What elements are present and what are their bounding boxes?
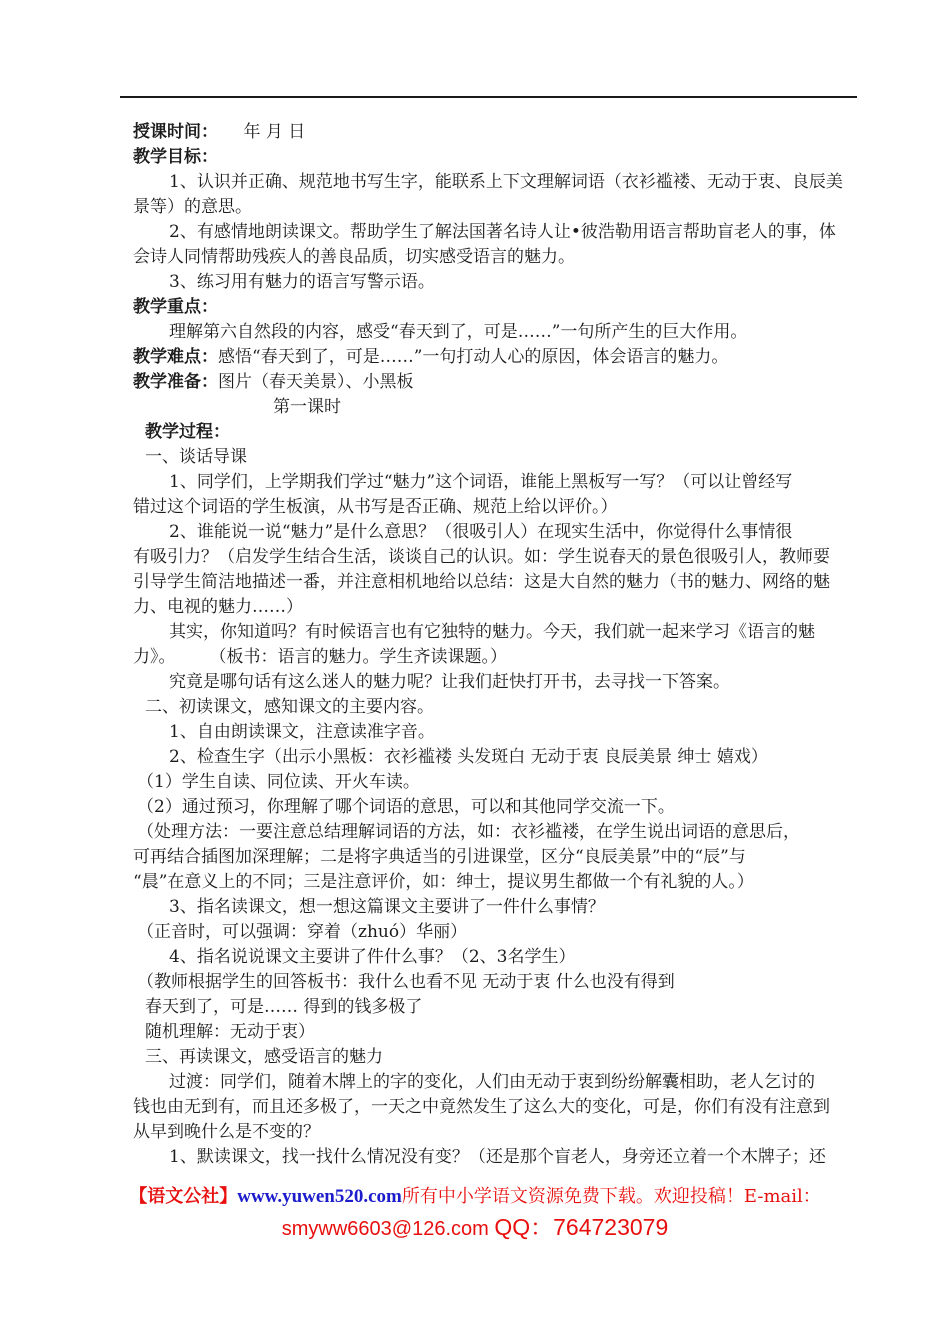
text-line: 1、默读课文，找一找什么情况没有变？（还是那个盲老人，身旁还立着一个木牌子；还 bbox=[133, 1145, 857, 1170]
text-segment: 景等）的意思。 bbox=[133, 197, 252, 217]
text-segment: 错过这个词语的学生板演，从书写是否正确、规范上给以评价。） bbox=[133, 497, 618, 517]
document-body: 授课时间： 年 月 日教学目标：1、认识并正确、规范地书写生字，能联系上下文理解… bbox=[133, 120, 857, 1170]
text-line: 教学目标： bbox=[133, 145, 857, 170]
text-segment: 有吸引力？（启发学生结合生活，谈谈自己的认识。如：学生说春天的景色很吸引人，教师… bbox=[133, 547, 830, 567]
footer-line-1: 【语文公社】www.yuwen520.com所有中小学语文资源免费下载。欢迎投稿… bbox=[0, 1183, 950, 1211]
footer-text-segment: 【语文公社】 bbox=[129, 1186, 237, 1207]
text-segment: 1、认识并正确、规范地书写生字，能联系上下文理解词语（衣衫褴褛、无动于衷、良辰美 bbox=[169, 172, 843, 192]
text-line: 1、认识并正确、规范地书写生字，能联系上下文理解词语（衣衫褴褛、无动于衷、良辰美 bbox=[133, 170, 857, 195]
text-segment: 4、指名说说课文主要讲了件什么事？（2、3名学生） bbox=[169, 947, 575, 967]
text-segment: 三、再读课文，感受语言的魅力 bbox=[145, 1047, 383, 1067]
text-segment: （2）通过预习，你理解了哪个词语的意思，可以和其他同学交流一下。 bbox=[137, 797, 675, 817]
text-line: 3、练习用有魅力的语言写警示语。 bbox=[133, 270, 857, 295]
text-line: 力、电视的魅力……） bbox=[133, 595, 857, 620]
text-line: （1）学生自读、同位读、开火车读。 bbox=[133, 770, 857, 795]
text-segment: 第一课时 bbox=[273, 397, 341, 417]
text-segment: 教学过程： bbox=[145, 422, 230, 442]
text-segment: “晨”在意义上的不同；三是注意评价，如：绅士，提议男生都做一个有礼貌的人。） bbox=[133, 872, 754, 892]
text-line: 理解第六自然段的内容，感受“春天到了，可是……”一句所产生的巨大作用。 bbox=[133, 320, 857, 345]
text-line: 教学过程： bbox=[133, 420, 857, 445]
text-segment: 年 月 日 bbox=[210, 122, 306, 142]
text-line: 一、谈话导课 bbox=[133, 445, 857, 470]
text-segment: 2、检查生字（出示小黑板：衣衫褴褛 头发斑白 无动于衷 良辰美景 绅士 嬉戏） bbox=[169, 747, 768, 767]
text-line: 教学准备：图片（春天美景）、小黑板 bbox=[133, 370, 857, 395]
text-line: 过渡：同学们，随着木牌上的字的变化，人们由无动于衷到纷纷解囊相助，老人乞讨的 bbox=[133, 1070, 857, 1095]
text-segment: 理解第六自然段的内容，感受“春天到了，可是……”一句所产生的巨大作用。 bbox=[169, 322, 747, 342]
text-segment: 1、默读课文，找一找什么情况没有变？（还是那个盲老人，身旁还立着一个木牌子；还 bbox=[169, 1147, 826, 1167]
text-segment: 授课时间： bbox=[133, 122, 210, 142]
text-segment: 引导学生简洁地描述一番，并注意相机地给以总结：这是大自然的魅力（书的魅力、网络的… bbox=[133, 572, 830, 592]
text-line: “晨”在意义上的不同；三是注意评价，如：绅士，提议男生都做一个有礼貌的人。） bbox=[133, 870, 857, 895]
text-segment: 教学重点： bbox=[133, 297, 218, 317]
text-segment: 2、谁能说一说“魅力”是什么意思？（很吸引人）在现实生活中，你觉得什么事情很 bbox=[169, 522, 792, 542]
text-segment: 力》。 （板书：语言的魅力。学生齐读课题。） bbox=[133, 647, 507, 667]
text-line: （教师根据学生的回答板书：我什么也看不见 无动于衷 什么也没有得到 bbox=[133, 970, 857, 995]
text-line: 2、有感情地朗读课文。帮助学生了解法国著名诗人让•彼浩勒用语言帮助盲老人的事，体 bbox=[133, 220, 857, 245]
text-line: 春天到了，可是…… 得到的钱多极了 bbox=[133, 995, 857, 1020]
text-line: 错过这个词语的学生板演，从书写是否正确、规范上给以评价。） bbox=[133, 495, 857, 520]
text-segment: 教学准备： bbox=[133, 372, 218, 392]
text-line: 教学难点：感悟“春天到了，可是……”一句打动人心的原因，体会语言的魅力。 bbox=[133, 345, 857, 370]
text-line: 有吸引力？（启发学生结合生活，谈谈自己的认识。如：学生说春天的景色很吸引人，教师… bbox=[133, 545, 857, 570]
text-segment: （处理方法：一要注意总结理解词语的方法，如：衣衫褴褛，在学生说出词语的意思后， bbox=[137, 822, 800, 842]
text-segment: 其实，你知道吗？有时候语言也有它独特的魅力。今天，我们就一起来学习《语言的魅 bbox=[169, 622, 815, 642]
text-segment: （1）学生自读、同位读、开火车读。 bbox=[137, 772, 420, 792]
footer: 【语文公社】www.yuwen520.com所有中小学语文资源免费下载。欢迎投稿… bbox=[0, 1183, 950, 1245]
text-segment: 图片（春天美景）、小黑板 bbox=[218, 372, 414, 392]
text-segment: 一、谈话导课 bbox=[145, 447, 247, 467]
text-line: 4、指名说说课文主要讲了件什么事？（2、3名学生） bbox=[133, 945, 857, 970]
text-segment: 过渡：同学们，随着木牌上的字的变化，人们由无动于衷到纷纷解囊相助，老人乞讨的 bbox=[169, 1072, 815, 1092]
text-line: 力》。 （板书：语言的魅力。学生齐读课题。） bbox=[133, 645, 857, 670]
text-segment: （正音时，可以强调：穿着（zhuó）华丽） bbox=[137, 922, 467, 942]
footer-line-2: smyww6603@126.com QQ：764723079 bbox=[0, 1211, 950, 1245]
text-segment: 3、练习用有魅力的语言写警示语。 bbox=[169, 272, 435, 292]
text-segment: 春天到了，可是…… 得到的钱多极了 bbox=[145, 997, 422, 1017]
text-line: 1、同学们，上学期我们学过“魅力”这个词语，谁能上黑板写一写？（可以让曾经写 bbox=[133, 470, 857, 495]
text-segment: （教师根据学生的回答板书：我什么也看不见 无动于衷 什么也没有得到 bbox=[137, 972, 675, 992]
text-line: 二、初读课文，感知课文的主要内容。 bbox=[133, 695, 857, 720]
text-segment: 随机理解：无动于衷） bbox=[145, 1022, 315, 1042]
text-segment: 教学目标： bbox=[133, 147, 218, 167]
text-line: （2）通过预习，你理解了哪个词语的意思，可以和其他同学交流一下。 bbox=[133, 795, 857, 820]
text-segment: 究竟是哪句话有这么迷人的魅力呢？让我们赶快打开书，去寻找一下答案。 bbox=[169, 672, 730, 692]
text-segment: 1、同学们，上学期我们学过“魅力”这个词语，谁能上黑板写一写？（可以让曾经写 bbox=[169, 472, 792, 492]
footer-text-segment: smyww6603@126.com bbox=[282, 1218, 495, 1240]
text-segment: 2、有感情地朗读课文。帮助学生了解法国著名诗人让•彼浩勒用语言帮助盲老人的事，体 bbox=[169, 222, 836, 242]
text-segment: 从早到晚什么是不变的？ bbox=[133, 1122, 320, 1142]
text-segment: 二、初读课文，感知课文的主要内容。 bbox=[145, 697, 434, 717]
text-line: 2、谁能说一说“魅力”是什么意思？（很吸引人）在现实生活中，你觉得什么事情很 bbox=[133, 520, 857, 545]
text-line: 其实，你知道吗？有时候语言也有它独特的魅力。今天，我们就一起来学习《语言的魅 bbox=[133, 620, 857, 645]
text-line: 引导学生简洁地描述一番，并注意相机地给以总结：这是大自然的魅力（书的魅力、网络的… bbox=[133, 570, 857, 595]
text-line: 1、自由朗读课文，注意读准字音。 bbox=[133, 720, 857, 745]
text-line: 钱也由无到有，而且还多极了，一天之中竟然发生了这么大的变化，可是，你们有没有注意… bbox=[133, 1095, 857, 1120]
text-line: 三、再读课文，感受语言的魅力 bbox=[133, 1045, 857, 1070]
text-line: 授课时间： 年 月 日 bbox=[133, 120, 857, 145]
text-line: （正音时，可以强调：穿着（zhuó）华丽） bbox=[133, 920, 857, 945]
text-line: 会诗人同情帮助残疾人的善良品质，切实感受语言的魅力。 bbox=[133, 245, 857, 270]
text-segment: 3、指名读课文，想一想这篇课文主要讲了一件什么事情？ bbox=[169, 897, 605, 917]
footer-text-segment: www.yuwen520.com bbox=[237, 1186, 402, 1207]
footer-text-segment: QQ：764723079 bbox=[494, 1214, 668, 1240]
text-line: 3、指名读课文，想一想这篇课文主要讲了一件什么事情？ bbox=[133, 895, 857, 920]
text-line: 2、检查生字（出示小黑板：衣衫褴褛 头发斑白 无动于衷 良辰美景 绅士 嬉戏） bbox=[133, 745, 857, 770]
text-line: 随机理解：无动于衷） bbox=[133, 1020, 857, 1045]
text-segment: 钱也由无到有，而且还多极了，一天之中竟然发生了这么大的变化，可是，你们有没有注意… bbox=[133, 1097, 830, 1117]
text-line: 教学重点： bbox=[133, 295, 857, 320]
page: { "page": { "background": "#ffffff", "ru… bbox=[0, 0, 950, 1344]
text-line: 可再结合插图加深理解；二是将字典适当的引进课堂，区分“良辰美景”中的“辰”与 bbox=[133, 845, 857, 870]
footer-text-segment: 所有中小学语文资源免费下载。欢迎投稿！E-mail： bbox=[402, 1186, 821, 1207]
text-segment: 教学难点： bbox=[133, 347, 218, 367]
text-segment: 感悟“春天到了，可是……”一句打动人心的原因，体会语言的魅力。 bbox=[218, 347, 728, 367]
text-segment: 可再结合插图加深理解；二是将字典适当的引进课堂，区分“良辰美景”中的“辰”与 bbox=[133, 847, 746, 867]
text-segment: 会诗人同情帮助残疾人的善良品质，切实感受语言的魅力。 bbox=[133, 247, 575, 267]
text-line: （处理方法：一要注意总结理解词语的方法，如：衣衫褴褛，在学生说出词语的意思后， bbox=[133, 820, 857, 845]
text-line: 究竟是哪句话有这么迷人的魅力呢？让我们赶快打开书，去寻找一下答案。 bbox=[133, 670, 857, 695]
text-segment: 1、自由朗读课文，注意读准字音。 bbox=[169, 722, 435, 742]
header-rule bbox=[120, 96, 857, 98]
text-line: 景等）的意思。 bbox=[133, 195, 857, 220]
text-line: 第一课时 bbox=[133, 395, 857, 420]
text-segment: 力、电视的魅力……） bbox=[133, 597, 303, 617]
text-line: 从早到晚什么是不变的？ bbox=[133, 1120, 857, 1145]
